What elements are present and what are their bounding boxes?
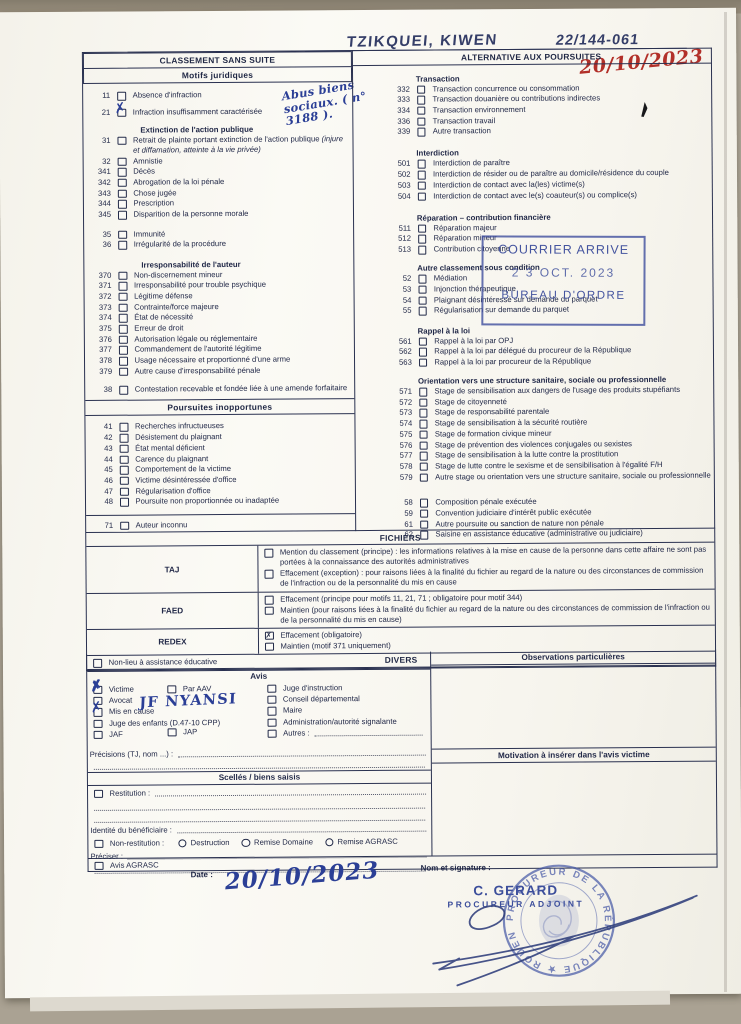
motivation-empty-area[interactable] (432, 762, 717, 856)
checkbox-45[interactable] (120, 466, 129, 475)
date-label: Date : (191, 870, 213, 879)
classement-column: CLASSEMENT SANS SUITE Motifs juridiques … (82, 50, 356, 533)
item-number: 574 (388, 419, 412, 429)
item-number: 71 (90, 521, 113, 531)
item-label: Autre cause d'irresponsabilité pénale (135, 366, 261, 377)
item-number: 375 (89, 324, 112, 334)
restitution-label: Restitution : (110, 788, 151, 798)
item-label: État de nécessité (134, 313, 193, 323)
checkbox-item: 31Retrait de plainte portant extinction … (87, 134, 350, 156)
checkbox-item: 71Auteur inconnu (90, 519, 353, 531)
checkbox-48[interactable] (120, 498, 129, 507)
item-number: 578 (389, 462, 413, 472)
poursuites-list: 41Recherches infructueuses42Désistement … (85, 415, 355, 512)
item-number: 334 (386, 106, 410, 116)
item-number: 43 (90, 444, 113, 454)
item-number: 370 (88, 270, 111, 280)
checkbox-item: Autres : (268, 727, 428, 739)
item-number: 55 (387, 306, 411, 316)
item-label: État mental déficient (135, 443, 205, 453)
checkbox-513[interactable] (418, 246, 427, 255)
checkbox-item: Administration/autorité signalante (268, 716, 428, 728)
item-label: Maintien (pour raisons liées à la finali… (280, 603, 711, 626)
checkbox[interactable] (265, 643, 274, 652)
checkbox-35[interactable] (118, 230, 127, 239)
item-number: 504 (387, 191, 411, 201)
item-number: 32 (88, 156, 111, 166)
item-number: 58 (389, 498, 413, 508)
checkbox-502[interactable] (417, 171, 426, 180)
item-label: Autre poursuite ou sanction de nature no… (435, 518, 603, 529)
item-number: 342 (88, 178, 111, 188)
item-label: Interdiction de résider ou de paraître a… (433, 168, 669, 180)
handwritten-case-number: 22/144-061 (555, 32, 641, 49)
checkbox[interactable] (264, 570, 273, 579)
item-number: 44 (90, 454, 113, 464)
checkbox-573[interactable] (419, 409, 428, 418)
item-number: 512 (387, 234, 411, 244)
stamp-line-1: COURRIER ARRIVE (484, 242, 644, 257)
item-label: Interdiction de contact avec le(s) coaut… (433, 190, 637, 201)
item-label: Mention du classement (principe) : les i… (280, 545, 711, 568)
fill-in-line[interactable] (315, 727, 423, 736)
item-label: Convention judiciaire d'intérêt public e… (435, 507, 591, 518)
non-restitution-label: Non-restitution : (110, 838, 164, 848)
item-label: Autre stage ou orientation vers une stru… (435, 470, 711, 482)
item-label: Carence du plaignant (135, 454, 208, 465)
item-number: 53 (387, 285, 411, 295)
checkbox-377[interactable] (119, 346, 128, 355)
checkbox-563[interactable] (419, 358, 428, 367)
item-label: Abrogation de la loi pénale (133, 177, 224, 188)
item-label: Autorisation légale ou réglementaire (134, 333, 257, 344)
fill-line[interactable] (94, 810, 425, 822)
scelles-title: Scellés / biens saisis (88, 769, 431, 785)
item-label: Conseil départemental (283, 694, 360, 705)
checkbox-item: Maire (267, 705, 427, 717)
item-label: Absence d'infraction (133, 90, 202, 100)
item-label: Effacement (exception) : pour raisons li… (280, 566, 711, 589)
item-label: Administration/autorité signalante (283, 716, 397, 727)
checkbox-334[interactable] (417, 106, 426, 115)
main-form-table: CLASSEMENT SANS SUITE Motifs juridiques … (82, 48, 718, 871)
item-label: Transaction douanière ou contributions i… (432, 94, 600, 105)
item-number: 503 (387, 181, 411, 191)
item-label: Infraction insuffisamment caractérisée (133, 106, 262, 117)
item-label: Contestation recevable et fondée liée à … (135, 384, 347, 395)
item-label: Immunité (134, 229, 166, 239)
checkbox-578[interactable] (420, 462, 429, 471)
checkbox-575[interactable] (419, 430, 428, 439)
item-number: 344 (88, 199, 111, 209)
pen-check-mark: ✗ (89, 678, 103, 694)
item-label: Irresponsabilité pour trouble psychique (134, 280, 266, 291)
checkbox-379[interactable] (119, 367, 128, 376)
checkbox-item: Maintien (pour raisons liées à la finali… (265, 603, 711, 627)
checkbox-item: Effacement (exception) : pour raisons li… (264, 566, 710, 590)
identite-label: Identité du bénéficiaire : (90, 825, 172, 836)
item-number: 378 (89, 356, 112, 366)
restitution-row: Restitution : (88, 786, 431, 798)
checkbox-43[interactable] (120, 444, 129, 453)
pen-check-mark: ✗ (113, 100, 127, 116)
radio-label: Remise Domaine (254, 837, 313, 847)
item-number: 373 (89, 302, 112, 312)
checkbox[interactable] (94, 719, 103, 728)
stamp-line-3: BUREAU D'ORDRE (483, 289, 643, 302)
classement-title: CLASSEMENT SANS SUITE (83, 51, 352, 69)
handwritten-date: 20/10/2023 (224, 857, 380, 896)
item-number: 42 (90, 433, 113, 443)
checkbox-371[interactable] (118, 282, 127, 291)
item-number: 343 (88, 188, 111, 198)
fichier-name-faed: FAED (87, 593, 259, 629)
round-official-stamp: PROCUREUR DE LA RÉPUBLIQUE ★ ROUEN ★ (499, 860, 620, 981)
checkbox-41[interactable] (119, 423, 128, 432)
item-label: Recherches infructueuses (135, 421, 224, 432)
item-label: Stage de citoyenneté (435, 397, 507, 408)
item-number: 579 (389, 472, 413, 482)
item-label: Rappel à la loi par OPJ (434, 335, 513, 346)
checkbox[interactable] (268, 718, 277, 727)
item-number: 52 (387, 274, 411, 284)
spacer (386, 136, 711, 148)
item-label: Disparition de la personne morale (133, 209, 248, 220)
item-number: 379 (89, 367, 112, 377)
checkbox-item: Mention du classement (principe) : les i… (264, 545, 710, 569)
item-label: Maire (283, 706, 302, 717)
item-label: Juge d'instruction (283, 683, 343, 694)
non-lieu-label: Non-lieu à assistance éducative (109, 657, 218, 668)
checkbox-21[interactable]: ✗ (117, 108, 126, 117)
restitution-fill-line[interactable] (155, 786, 426, 796)
item-label: Transaction environnement (433, 105, 526, 116)
item-number: 571 (388, 387, 412, 397)
checkbox-562[interactable] (419, 348, 428, 357)
checkbox-item: 38Contestation recevable et fondée liée … (89, 384, 352, 396)
item-number: 31 (87, 136, 110, 146)
checkbox-32[interactable] (118, 157, 127, 166)
avis-col-3: Juge d'instructionConseil départementalM… (267, 682, 427, 740)
checkbox-non-lieu[interactable] (93, 659, 102, 668)
item-label: Réparation majeur (433, 223, 496, 233)
checkbox-373[interactable] (119, 303, 128, 312)
checkbox-345[interactable] (118, 211, 127, 220)
precisions-fill-line[interactable] (178, 747, 426, 757)
item-number: 47 (90, 486, 113, 496)
checkbox-46[interactable] (120, 477, 129, 486)
item-number: 374 (89, 313, 112, 323)
item-number: 372 (89, 292, 112, 302)
courrier-arrive-stamp: COURRIER ARRIVE 2 3 OCT. 2023 BUREAU D'O… (481, 235, 645, 326)
item-number: 572 (388, 397, 412, 407)
item-label: Médiation (434, 274, 467, 284)
item-label: Retrait de plainte portant extinction de… (133, 134, 351, 156)
item-label: Légitime défense (134, 291, 193, 301)
auteur-inconnu-list: 71Auteur inconnu (86, 514, 355, 531)
item-label: Stage de lutte contre le sexisme et de s… (435, 460, 663, 472)
item-label: Chose jugée (133, 188, 176, 198)
item-number: 501 (386, 159, 410, 169)
checkbox-42[interactable] (120, 434, 129, 443)
item-number: 341 (88, 167, 111, 177)
destruction-option: Destruction (178, 838, 229, 848)
checkbox[interactable]: ✗ (93, 686, 102, 695)
checkbox-59[interactable] (420, 510, 429, 519)
item-label: Maintien (motif 371 uniquement) (280, 641, 390, 652)
checkbox-44[interactable] (120, 455, 129, 464)
remise-domaine-option: Remise Domaine (242, 837, 314, 847)
radio-remise-agrasc[interactable] (325, 838, 334, 847)
checkbox-561[interactable] (419, 337, 428, 346)
stamp-emblem (539, 895, 579, 947)
item-number: 336 (386, 116, 410, 126)
item-number: 48 (90, 497, 113, 507)
item-number: 575 (388, 430, 412, 440)
item-number: 59 (389, 509, 413, 519)
checkbox-579[interactable] (420, 473, 429, 482)
item-label: Auteur inconnu (136, 520, 188, 530)
item-number: 562 (388, 347, 412, 357)
item-number: 377 (89, 345, 112, 355)
signature-label: Nom et signature : (421, 863, 491, 872)
item-label: Avocat (109, 696, 132, 707)
checkbox-item: 48Poursuite non proportionnée ou inadapt… (90, 495, 353, 507)
checkbox-38[interactable] (119, 386, 128, 395)
poursuites-title: Poursuites inopportunes (85, 399, 354, 417)
form-content: TZIKQUEI, KIWEN 22/144-061 20/10/2023 Ab… (0, 0, 741, 1024)
footer-area: Date : 20/10/2023 Nom et signature : C. … (2, 853, 741, 1024)
item-number: 513 (387, 245, 411, 255)
checkbox-item: Juge d'instruction (267, 682, 427, 694)
checkbox-374[interactable] (119, 314, 128, 323)
item-label: Désistement du plaignant (135, 432, 222, 443)
checkbox-52[interactable] (418, 275, 427, 284)
checkbox-non-restitution[interactable] (94, 840, 103, 849)
item-number: 35 (88, 229, 111, 239)
item-label: Prescription (133, 199, 174, 209)
item-label: Amnistie (133, 156, 163, 166)
faed-options: Effacement (principe pour motifs 11, 21,… (259, 590, 715, 628)
item-label: Irrégularité de la procédure (134, 239, 226, 250)
stamp-date: 2 3 OCT. 2023 (483, 265, 643, 280)
item-label: JAF (109, 730, 123, 741)
item-label: Autres : (283, 728, 310, 739)
item-number: 61 (389, 519, 413, 529)
item-number: 45 (90, 465, 113, 475)
identite-fill-line[interactable] (177, 823, 426, 833)
item-label: Non-discernement mineur (134, 270, 223, 281)
item-number: 21 (87, 107, 110, 117)
checkbox[interactable] (265, 607, 274, 616)
observations-empty-area[interactable] (431, 664, 716, 750)
item-number: 563 (388, 358, 412, 368)
item-label: Décès (133, 167, 155, 177)
checkbox-item: JAP (168, 727, 238, 738)
item-number: 577 (388, 451, 412, 461)
item-label: Interdiction de paraître (433, 158, 510, 169)
item-number: 502 (386, 170, 410, 180)
item-number: 333 (386, 95, 410, 105)
item-number: 36 (88, 240, 111, 250)
checkbox-376[interactable] (119, 335, 128, 344)
checkbox[interactable] (265, 596, 274, 605)
checkbox-375[interactable] (119, 325, 128, 334)
checkbox-577[interactable] (419, 452, 428, 461)
checkbox[interactable] (265, 632, 274, 641)
checkbox-370[interactable] (118, 271, 127, 280)
checkbox-378[interactable] (119, 357, 128, 366)
spacer (88, 249, 351, 259)
item-label: Transaction concurrence ou consommation (432, 83, 579, 94)
scanned-form-page: { "colors":{"ink":"#232a49","pen_blue":"… (0, 0, 741, 1024)
checkbox-332[interactable] (417, 85, 426, 94)
item-number: 46 (90, 476, 113, 486)
checkbox-61[interactable] (420, 520, 429, 529)
checkbox-501[interactable] (417, 160, 426, 169)
item-label: Régularisation d'office (135, 486, 210, 497)
checkbox-571[interactable] (419, 388, 428, 397)
checkbox-504[interactable] (418, 192, 427, 201)
divers-section: Non-lieu à assistance éducative Avis ✗Vi… (86, 650, 717, 859)
checkbox[interactable] (264, 549, 273, 558)
item-label: Interdiction de contact avec la(les) vic… (433, 179, 585, 190)
item-label: Stage de sensibilisation à la sécurité r… (435, 418, 588, 429)
fichier-name-redex: REDEX (87, 629, 259, 655)
item-label: Commandement de l'autorité légitime (134, 344, 261, 355)
item-label: Composition pénale exécutée (435, 497, 536, 508)
item-number: 576 (388, 440, 412, 450)
checkbox-336[interactable] (417, 117, 426, 126)
item-number: 332 (386, 84, 410, 94)
checkbox[interactable] (268, 729, 277, 738)
checkbox[interactable] (168, 728, 177, 737)
fichier-name-taj: TAJ (86, 546, 258, 593)
item-label: Rappel à la loi par délégué du procureur… (434, 345, 631, 356)
item-number: 41 (89, 422, 112, 432)
checkbox[interactable] (267, 707, 276, 716)
checkbox-71[interactable] (120, 522, 129, 531)
item-number: 573 (388, 408, 412, 418)
checkbox-512[interactable] (418, 235, 427, 244)
item-label: Transaction travail (433, 116, 496, 126)
checkbox-511[interactable] (418, 224, 427, 233)
item-number: 54 (387, 295, 411, 305)
item-label: Usage nécessaire et proportionné d'une a… (134, 355, 290, 366)
checkbox[interactable] (94, 731, 103, 740)
checkbox-item: Conseil départemental (267, 694, 427, 706)
item-number: 339 (386, 127, 410, 137)
item-label: Stage de formation civique mineur (435, 429, 552, 440)
item-label: Erreur de droit (134, 323, 183, 333)
spacer (87, 117, 350, 125)
divers-left-cell: Non-lieu à assistance éducative Avis ✗Vi… (87, 652, 432, 858)
item-label: Victime désintéressée d'office (135, 475, 236, 486)
handwritten-name: TZIKQUEI, KIWEN (346, 31, 498, 50)
checkbox[interactable] (267, 684, 276, 693)
checkbox-344[interactable] (118, 200, 127, 209)
item-number: 38 (89, 385, 112, 395)
precisions-label: Précisions (TJ, nom ...) : (90, 749, 173, 760)
checkbox-572[interactable] (419, 398, 428, 407)
radio-destruction[interactable] (178, 839, 187, 848)
item-label: Effacement (obligatoire) (280, 630, 362, 641)
checkbox-576[interactable] (419, 441, 428, 450)
radio-label: Remise AGRASC (337, 837, 397, 847)
checkbox-restitution[interactable] (94, 790, 103, 799)
item-label: Contrainte/force majeure (134, 302, 219, 313)
spacer (387, 200, 712, 212)
item-label: Effacement (principe pour motifs 11, 21,… (280, 593, 522, 605)
checkbox-339[interactable] (417, 128, 426, 137)
item-label: Rappel à la loi par procureur de la Répu… (434, 356, 591, 367)
item-number: 376 (89, 334, 112, 344)
item-label: Victime (109, 684, 134, 695)
radio-label: Destruction (191, 838, 230, 848)
checkbox[interactable] (267, 696, 276, 705)
item-label: Stage de sensibilisation à la lutte cont… (435, 449, 618, 460)
fichiers-row-taj: TAJ Mention du classement (principe) : l… (86, 543, 714, 594)
checkbox[interactable]: ✗ (93, 708, 102, 717)
item-label: Stage de responsabilité parentale (435, 407, 550, 418)
checkbox-55[interactable] (418, 307, 427, 316)
pen-check-mark: ✗ (89, 700, 103, 716)
remise-agrasc-option: Remise AGRASC (325, 837, 398, 848)
checkbox-36[interactable] (118, 241, 127, 250)
checkbox-342[interactable] (118, 179, 127, 188)
checkbox-372[interactable] (119, 293, 128, 302)
fill-line[interactable] (94, 798, 425, 810)
avis-grid: ✗VictimeAvocat✗Mis en causeJuge des enfa… (87, 680, 430, 746)
checkbox-58[interactable] (420, 499, 429, 508)
checkbox-53[interactable] (418, 286, 427, 295)
checkbox-54[interactable] (418, 296, 427, 305)
non-restitution-row: Non-restitution : Destruction Remise Dom… (88, 836, 431, 848)
item-number: 371 (88, 281, 111, 291)
checkbox-341[interactable] (118, 168, 127, 177)
item-number: 345 (88, 210, 111, 220)
item-label: JAP (183, 727, 197, 738)
item-label: Stage de prévention des violences conjug… (435, 439, 632, 450)
motifs-list: 11Absence d'infraction21✗Infraction insu… (83, 82, 354, 395)
item-number: 11 (87, 91, 110, 101)
item-label: Autre transaction (433, 126, 491, 136)
checkbox-343[interactable] (118, 189, 127, 198)
checkbox-503[interactable] (418, 181, 427, 190)
item-number: 511 (387, 223, 411, 233)
item-label: Poursuite non proportionnée ou inadaptée (135, 496, 279, 507)
non-lieu-row: Non-lieu à assistance éducative (87, 652, 430, 670)
item-label: Comportement de la victime (135, 464, 231, 475)
checkbox-574[interactable] (419, 420, 428, 429)
fichiers-row-faed: FAED Effacement (principe pour motifs 11… (87, 590, 715, 630)
item-label: Stage de sensibilisation aux dangers de … (435, 385, 681, 397)
taj-options: Mention du classement (principe) : les i… (258, 543, 714, 592)
checkbox-47[interactable] (120, 487, 129, 496)
radio-remise-domaine[interactable] (242, 839, 251, 848)
divers-right-cell: Observations particulières Motivation à … (431, 650, 716, 856)
checkbox-333[interactable] (417, 96, 426, 105)
identite-row: Identité du bénéficiaire : (88, 823, 431, 835)
checkbox-31[interactable] (117, 137, 126, 146)
item-number: 561 (388, 336, 412, 346)
